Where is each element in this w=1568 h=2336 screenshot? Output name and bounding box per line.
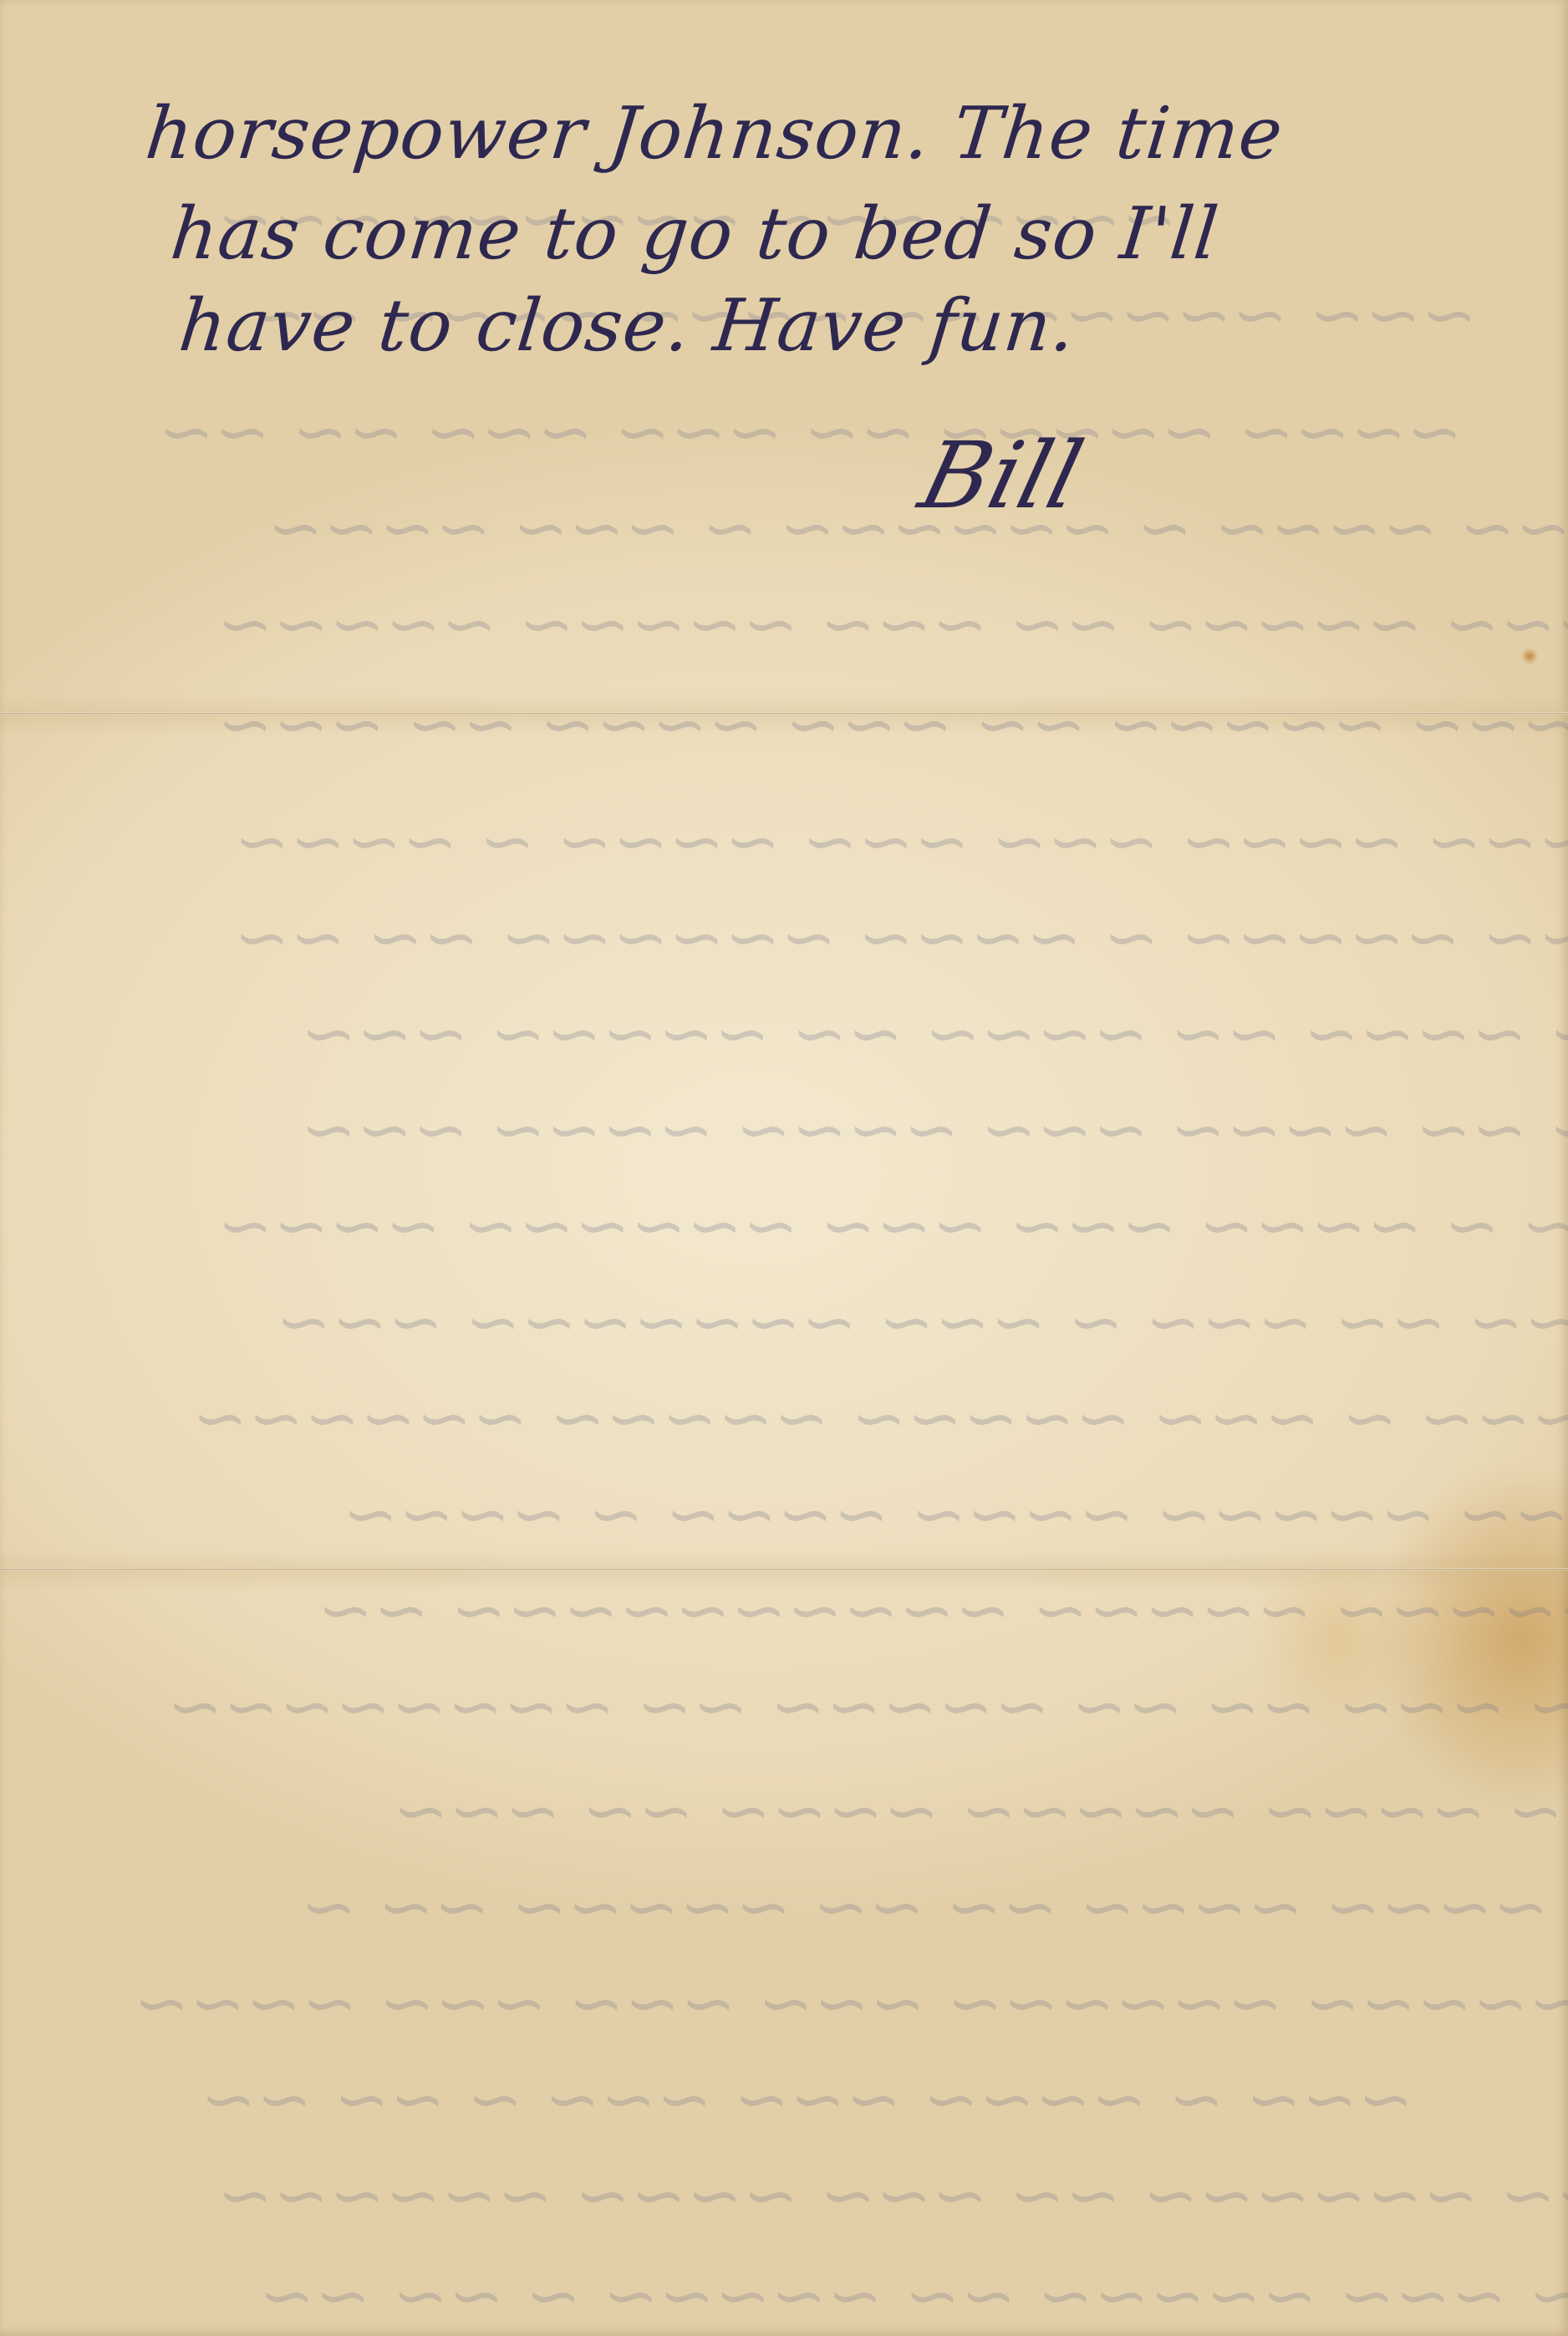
fold-line-upper [0, 712, 1568, 715]
signature: Bill [910, 422, 1092, 529]
ghost-handwriting: ~~~~~~~ ~ ~~~ ~~~~~ ~~~~~ ~~~~~~ [188, 1379, 1568, 1457]
ghost-handwriting: ~~~~~ ~ ~~~~ ~~~ ~~~ ~~~~~~ ~~~~ [213, 1187, 1568, 1265]
ghost-handwriting: ~~ ~~~~ ~~~~~ ~~~~ ~~ ~~~ [389, 1772, 1568, 1850]
letter-line-3: have to close. Have fun. [176, 284, 1080, 368]
ghost-handwriting: ~~~ ~~~~~ ~~ ~~~ ~~~~~ ~~~~~ [213, 585, 1568, 663]
ghost-handwriting: ~~~~ ~~~~~ ~ ~~~~ ~~~~~~ ~~ ~~ [230, 898, 1568, 976]
ghost-handwriting: ~~ ~~ ~~~ ~~~~~ ~~ ~~~~~ ~ ~~ ~~ [255, 2257, 1568, 2334]
fold-shadow [0, 1550, 1568, 1592]
ghost-handwriting: ~~~~~ ~~~~ ~~~~ ~~ ~~ ~~~~~ ~~ ~ [297, 1868, 1568, 1946]
ghost-handwriting: ~~ ~~~ ~~~~ ~~~ ~~~ ~~~~ ~ ~~~~ [230, 802, 1568, 880]
ghost-handwriting: ~~~ ~~~ ~~~ ~~ ~~ ~~~~~ ~~ ~~~~~~~~ [163, 1667, 1568, 1745]
letter-line-1: horsepower Johnson. The time [142, 92, 1287, 176]
ghost-handwriting: ~~~~ ~~~~ ~~ ~~~~ ~~ ~~~~~ ~~~ [297, 995, 1568, 1072]
letter-page: ~~~~ ~~~ ~~~~~~ ~~~ ~~~ ~~~~~ ~~ ~~~~ ~~… [0, 0, 1568, 2336]
letter-line-2: has come to go to bed so I'll [167, 192, 1223, 276]
ghost-handwriting: ~~~ ~~ ~~~~~ ~~~~ ~~~~ ~ ~~~~ [339, 1475, 1568, 1553]
ghost-handwriting: ~~~ ~ ~~~~ ~~~ ~~~ ~ ~~ ~~ [196, 2060, 1418, 2138]
fold-shadow [0, 694, 1568, 735]
ghost-handwriting: ~~~~ ~~~~~ ~~ ~~~ ~~~ ~~ ~~ [155, 393, 1467, 471]
ghost-handwriting: ~~~~ ~~~~~~ ~~~~~~ ~~~ ~~~ ~~~ ~~~~ [130, 1964, 1568, 2042]
fold-line-lower [0, 1568, 1568, 1570]
ghost-handwriting: ~~~~ ~~~~~~ ~~ ~~~ ~~~~ ~~~~~~ [213, 2156, 1568, 2234]
ghost-handwriting: ~~~~ ~~ ~~~~ ~~~ ~~~~ ~~~~ ~~~ [297, 1091, 1568, 1168]
ghost-handwriting: ~ ~~~ ~~ ~~~ ~ ~~~ ~~~~~~~ ~~~ [272, 1283, 1568, 1361]
